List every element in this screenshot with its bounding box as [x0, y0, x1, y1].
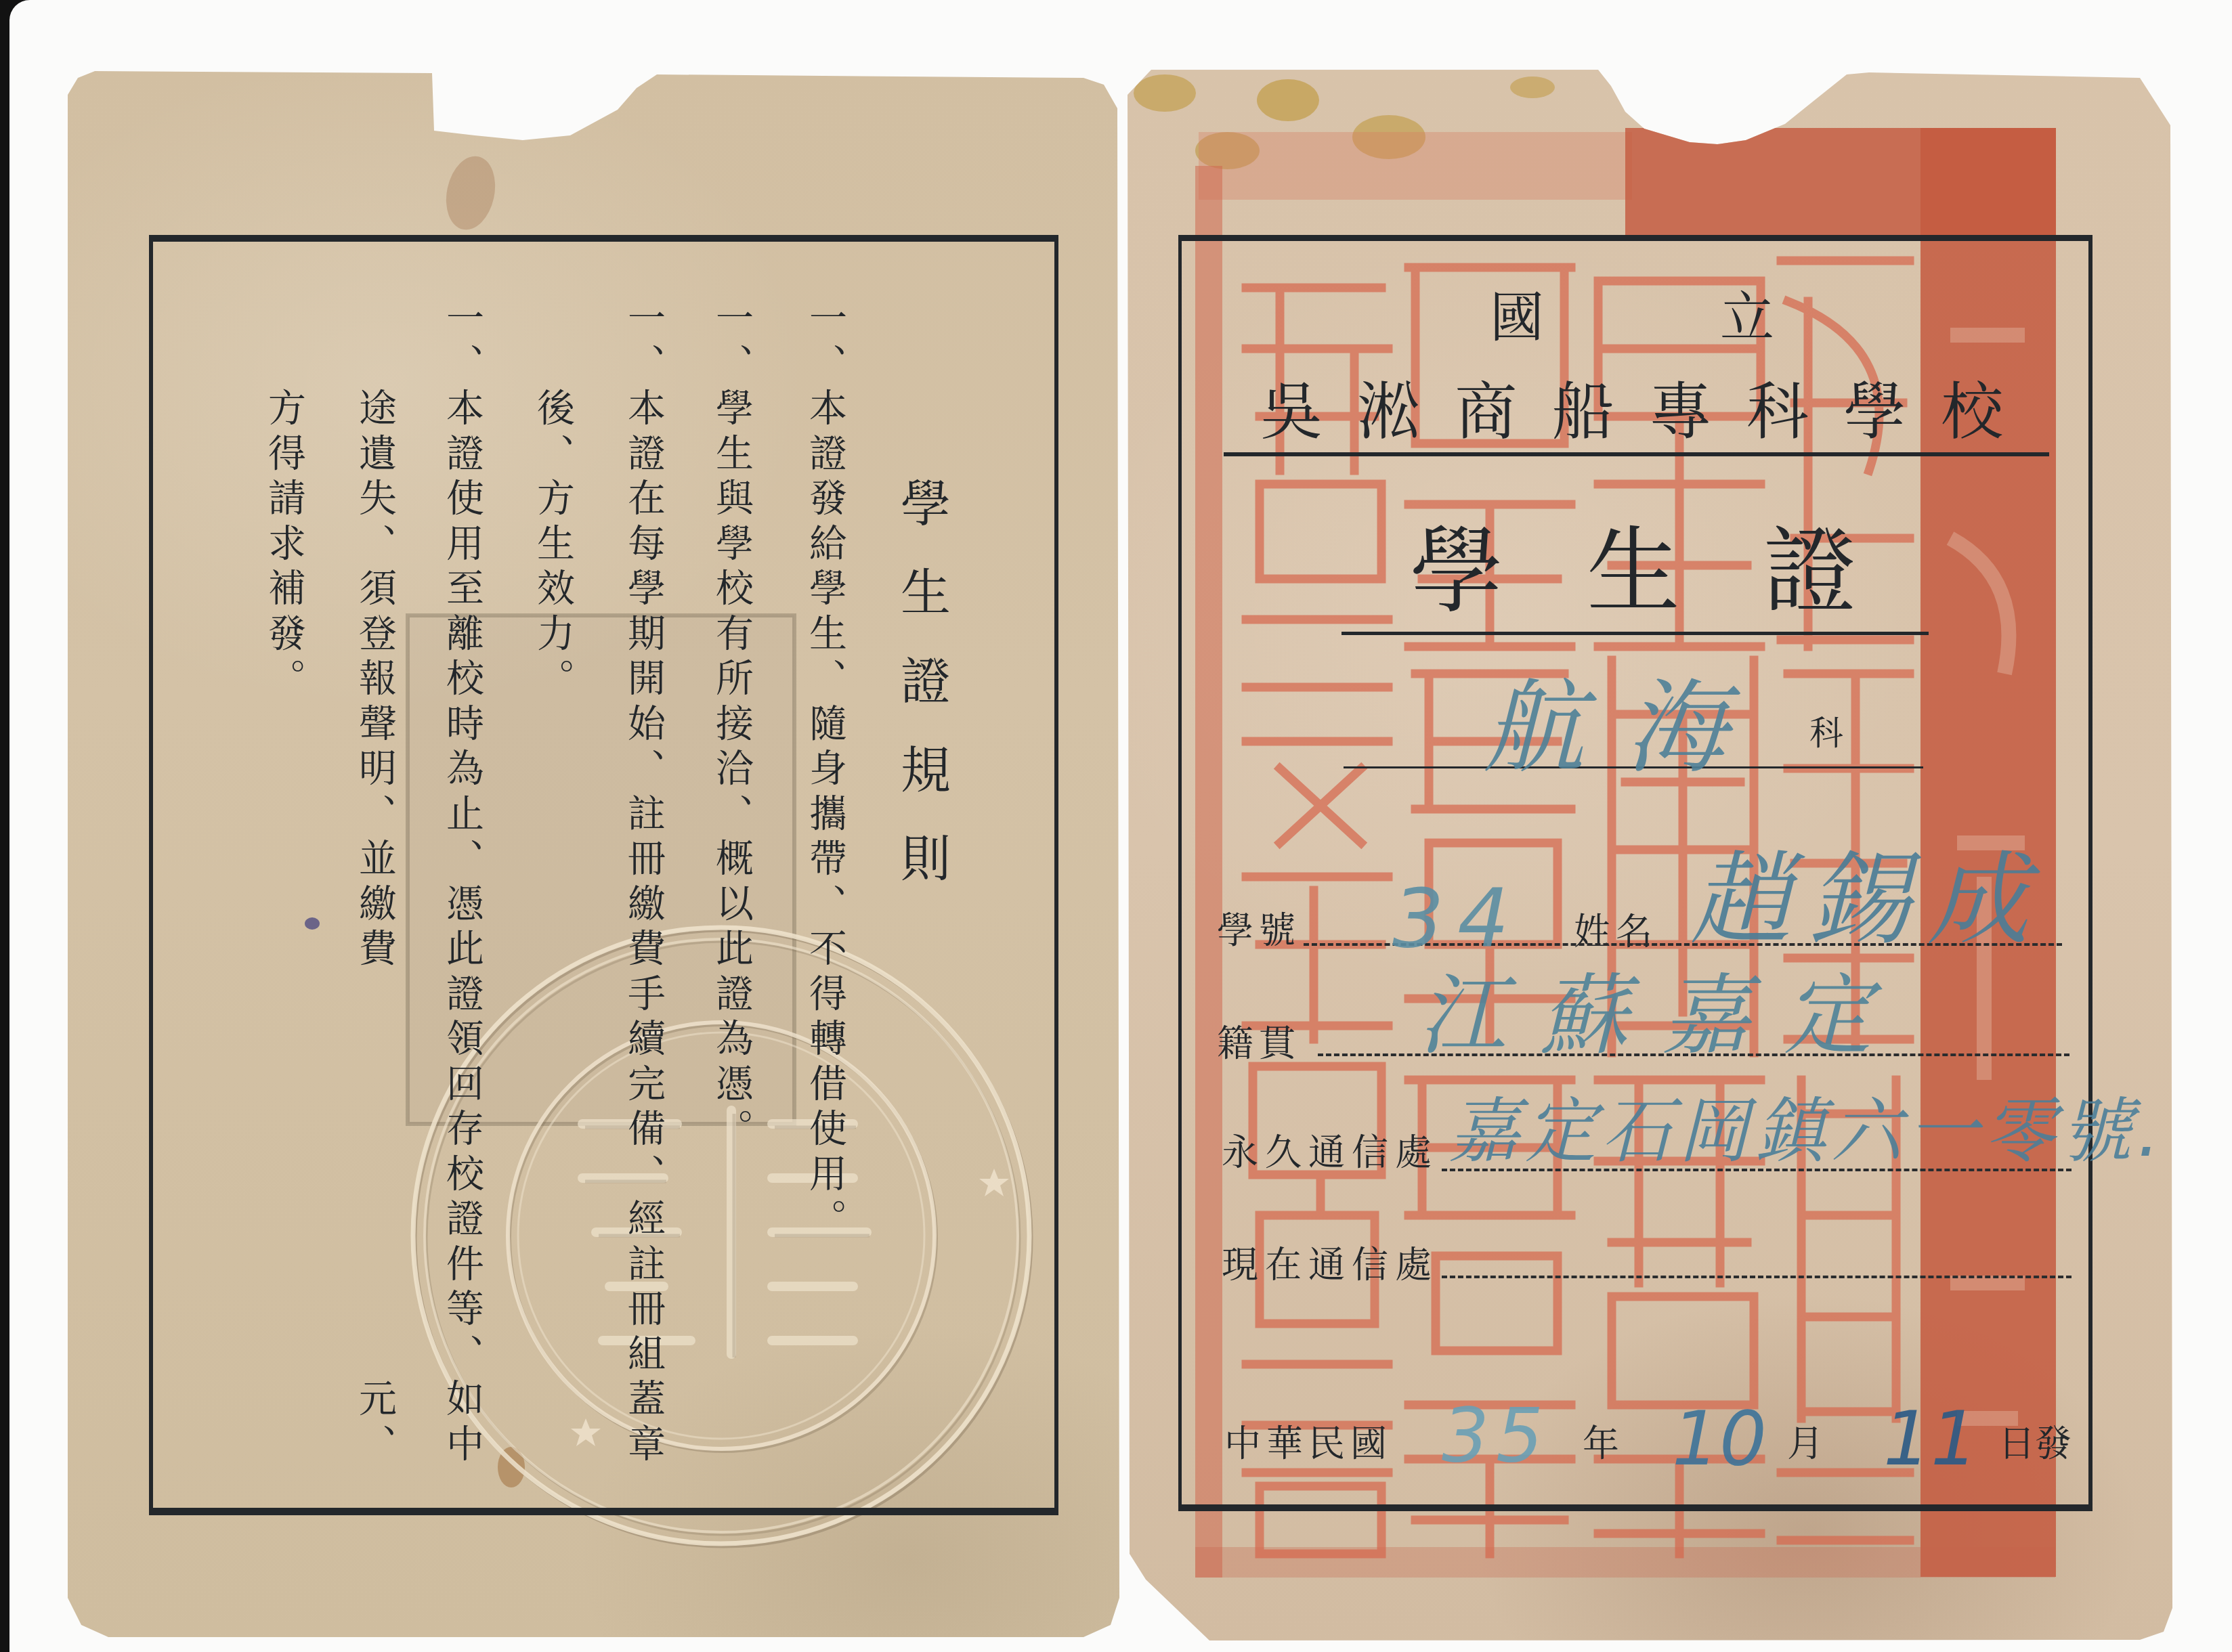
- issue-date-month: 10: [1672, 1401, 1767, 1476]
- rule-3: 一、本證在每學期開始、註冊繳費手續完備、經註冊組蓋章: [624, 298, 662, 1469]
- card-title: 學生證: [1410, 525, 1940, 618]
- rule-4-fee-unit: 元、: [356, 1378, 393, 1469]
- current-address-label: 現在通信處: [1222, 1247, 1438, 1284]
- rule-4: 一、本證使用至離校時為止、憑此證領回存校證件等、如中: [443, 298, 481, 1469]
- school-name: 吳淞商船專科學校: [1260, 381, 2038, 443]
- native-place-label: 籍貫: [1217, 1026, 1301, 1062]
- header-national-2: 立: [1720, 290, 1774, 345]
- permanent-address-label: 永久通信處: [1222, 1135, 1438, 1171]
- issue-date-year-unit: 年: [1583, 1426, 1625, 1462]
- native-place-value: 江蘇嘉定: [1418, 972, 1906, 1060]
- rules-page: 學生證規則 一、本證發給學生、隨身攜帶、不得轉借使用。 一、學生與學校有所接洽、…: [68, 68, 1121, 1638]
- issue-date-day-unit: 日發: [1998, 1426, 2072, 1462]
- permanent-address-value: 嘉定石岡鎮六一零號.: [1448, 1096, 2165, 1167]
- name-value: 趙錫成: [1690, 850, 2046, 951]
- rules-title: 學生證規則: [897, 477, 947, 921]
- rule-4-continued-2: 方得請求補發。: [265, 388, 303, 703]
- student-no-label: 學號: [1217, 913, 1301, 949]
- current-address-dotted-line: [1442, 1276, 2072, 1278]
- rule-1: 一、本證發給學生、隨身攜帶、不得轉借使用。: [806, 298, 844, 1244]
- card-title-underline: [1342, 632, 1929, 635]
- issue-date-month-unit: 月: [1787, 1426, 1829, 1462]
- issue-date-day: 11: [1883, 1401, 1978, 1476]
- rule-3-continued: 後、方生效力。: [534, 388, 572, 703]
- header-national-1: 國: [1490, 290, 1544, 345]
- id-card-page: 國 立 吳淞商船專科學校 學生證 航海 科 學號 34 姓名 趙錫成 籍貫 江蘇…: [1124, 64, 2174, 1642]
- issue-date-era: 中華民國: [1224, 1426, 1392, 1462]
- school-name-underline: [1224, 452, 2049, 456]
- rule-2: 一、學生與學校有所接洽、概以此證為憑。: [712, 298, 750, 1154]
- department-suffix: 科: [1809, 716, 1849, 750]
- rule-4-continued: 途遺失、須登報聲明、並繳費: [356, 388, 393, 974]
- issue-date-year: 35: [1442, 1398, 1550, 1473]
- department-value: 航海: [1483, 678, 1767, 779]
- student-no-value: 34: [1392, 879, 1523, 960]
